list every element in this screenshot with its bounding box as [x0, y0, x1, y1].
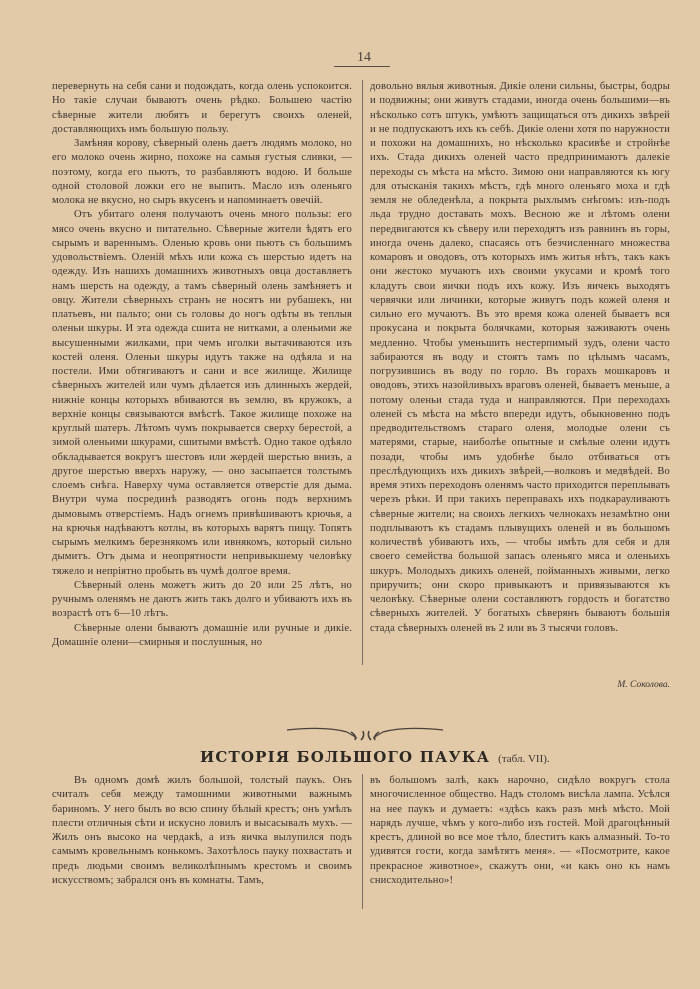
page-number: 14 [336, 50, 392, 66]
paragraph: Въ одномъ домѣ жилъ большой, толстый пау… [52, 774, 352, 888]
author-signature: М. Соколова. [560, 680, 670, 690]
column-divider [362, 80, 363, 665]
paragraph: Сѣверный олень можетъ жить до 20 или 25 … [52, 579, 352, 622]
article1-left-column: перевернуть на себя сани и подождать, ко… [52, 80, 352, 650]
article2-right-column: въ большомъ залѣ, какъ нарочно, сидѣло в… [370, 774, 670, 888]
column-divider [362, 774, 363, 909]
document-page: 14 перевернуть на себя сани и подождать,… [0, 0, 700, 989]
paragraph: Сѣверные олени бываютъ домашніе или ручн… [52, 622, 352, 651]
ornament-divider-icon [285, 722, 445, 746]
article2-left-column: Въ одномъ домѣ жилъ большой, толстый пау… [52, 774, 352, 888]
section-subtitle: (табл. VII). [498, 753, 549, 765]
paragraph: довольно вялыя животныя. Дикіе олени сил… [370, 80, 670, 636]
section-title-text: ИСТОРІЯ БОЛЬШОГО ПАУКА [200, 748, 490, 766]
article1-right-column: довольно вялыя животныя. Дикіе олени сил… [370, 80, 670, 636]
paragraph: перевернуть на себя сани и подождать, ко… [52, 80, 352, 137]
paragraph: Замѣняя корову, сѣверный олень даетъ люд… [52, 137, 352, 208]
paragraph: Отъ убитаго оленя получаютъ очень много … [52, 208, 352, 579]
page-number-underline [334, 66, 390, 67]
paragraph: въ большомъ залѣ, какъ нарочно, сидѣло в… [370, 774, 670, 888]
section-title: ИСТОРІЯ БОЛЬШОГО ПАУКА (табл. VII). [200, 748, 540, 767]
